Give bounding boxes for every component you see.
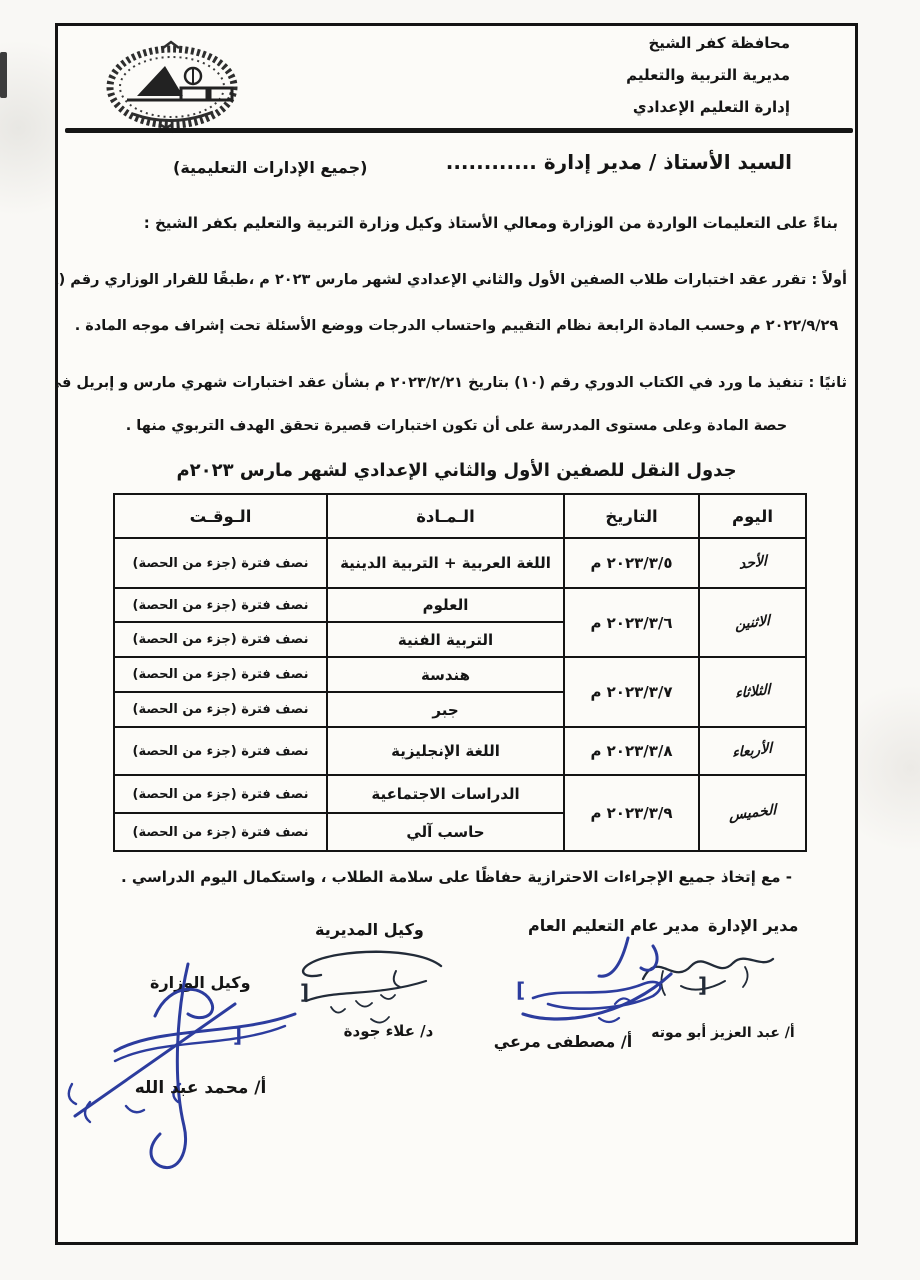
signature-title-directorate-deputy: وكيل المديرية (315, 920, 424, 939)
subject-cell: هندسة (327, 657, 564, 692)
clause-one-line2: ٢٠٢٢/٩/٢٩ م وحسب المادة الرابعة نظام الت… (58, 318, 855, 334)
subject-cell: العلوم (327, 588, 564, 622)
exam-schedule-table: اليوم التاريخ الـمـادة الـوقـت الأحد ٢٠٢… (113, 493, 807, 852)
time-cell: نصف فترة (جزء من الحصة) (114, 727, 327, 775)
day-cell: الأربعاء (699, 727, 806, 775)
day-cell: الأحد (699, 538, 806, 588)
org-line-governorate: محافظة كفر الشيخ (648, 34, 790, 52)
time-cell: نصف فترة (جزء من الحصة) (114, 813, 327, 851)
precaution-note: - مع إتخاذ جميع الإجراءات الاحترازية حفا… (58, 868, 855, 886)
table-row: الثلاثاء ٢٠٢٣/٣/٧ م هندسة نصف فترة (جزء … (114, 657, 806, 692)
org-line-directorate: مديرية التربية والتعليم (626, 66, 790, 84)
scan-artifact-smudge (0, 52, 7, 98)
table-row: الأحد ٢٠٢٣/٣/٥ م اللغة العربية + التربية… (114, 538, 806, 588)
bracket-mark: [ (300, 980, 309, 1004)
day-cell: الخميس (699, 775, 806, 851)
salutation-recipients: (جميع الإدارات التعليمية) (173, 158, 367, 177)
clause-two-line2: حصة المادة وعلى مستوى المدرسة على أن تكو… (58, 418, 855, 434)
day-label: الأربعاء (732, 741, 772, 762)
subject-cell: اللغة العربية + التربية الدينية (327, 538, 564, 588)
day-cell: الاثنين (699, 588, 806, 657)
bracket-mark: [ (233, 1023, 242, 1047)
subject-cell: اللغة الإنجليزية (327, 727, 564, 775)
signature-name-ministry-deputy: أ/ محمد عبد الله (108, 1078, 293, 1098)
table-row: الأربعاء ٢٠٢٣/٣/٨ م اللغة الإنجليزية نصف… (114, 727, 806, 775)
col-header-date: التاريخ (564, 494, 699, 538)
date-cell: ٢٠٢٣/٣/٩ م (564, 775, 699, 851)
scanned-document-page: { "doc": { "colors": { "paper": "#fcfbf8… (0, 0, 920, 1280)
subject-cell: حاسب آلي (327, 813, 564, 851)
date-cell: ٢٠٢٣/٣/٦ م (564, 588, 699, 657)
table-row: الخميس ٢٠٢٣/٣/٩ م الدراسات الاجتماعية نص… (114, 775, 806, 813)
document-border-frame: محافظة كفر الشيخ مديرية التربية والتعليم… (55, 23, 858, 1245)
time-cell: نصف فترة (جزء من الحصة) (114, 588, 327, 622)
clause-two-line1: ثانيًا : تنفيذ ما ورد في الكتاب الدوري ر… (55, 375, 847, 391)
letterhead-divider-rule (65, 128, 853, 133)
subject-cell: جبر (327, 692, 564, 727)
time-cell: نصف فترة (جزء من الحصة) (114, 538, 327, 588)
day-label: الخميس (729, 802, 776, 824)
table-header-row: اليوم التاريخ الـمـادة الـوقـت (114, 494, 806, 538)
clause-one-line1: أولاً : تقرر عقد اختبارات طلاب الصفين ال… (55, 272, 847, 288)
time-cell: نصف فترة (جزء من الحصة) (114, 657, 327, 692)
col-header-day: اليوم (699, 494, 806, 538)
bracket-mark: ] (516, 978, 525, 1002)
bracket-mark: [ (698, 973, 707, 997)
table-row: الاثنين ٢٠٢٣/٣/٦ م العلوم نصف فترة (جزء … (114, 588, 806, 622)
salutation-line: السيد الأستاذ / مدير إدارة ............ (446, 150, 792, 174)
day-label: الثلاثاء (735, 682, 771, 702)
signature-name-directorate-deputy: د/ علاء جودة (326, 1022, 451, 1040)
signature-name-department-director: أ/ عبد العزيز أبو موته (633, 1025, 813, 1041)
date-cell: ٢٠٢٣/٣/٧ م (564, 657, 699, 727)
governorate-education-emblem-icon (93, 40, 251, 138)
date-cell: ٢٠٢٣/٣/٥ م (564, 538, 699, 588)
col-header-time: الـوقـت (114, 494, 327, 538)
intro-paragraph: بناءً على التعليمات الواردة من الوزارة و… (144, 214, 838, 232)
time-cell: نصف فترة (جزء من الحصة) (114, 775, 327, 813)
day-cell: الثلاثاء (699, 657, 806, 727)
signature-scribble-ministry-deputy (60, 956, 310, 1190)
subject-cell: الدراسات الاجتماعية (327, 775, 564, 813)
date-cell: ٢٠٢٣/٣/٨ م (564, 727, 699, 775)
subject-cell: التربية الفنية (327, 622, 564, 657)
signature-name-general-education-director: أ/ مصطفى مرعي (488, 1032, 638, 1051)
schedule-table-title: جدول النقل للصفين الأول والثاني الإعدادي… (58, 460, 855, 481)
col-header-subject: الـمـادة (327, 494, 564, 538)
time-cell: نصف فترة (جزء من الحصة) (114, 692, 327, 727)
day-label: الاثنين (735, 612, 770, 632)
org-line-administration: إدارة التعليم الإعدادي (633, 98, 790, 116)
day-label: الأحد (739, 553, 767, 572)
time-cell: نصف فترة (جزء من الحصة) (114, 622, 327, 657)
